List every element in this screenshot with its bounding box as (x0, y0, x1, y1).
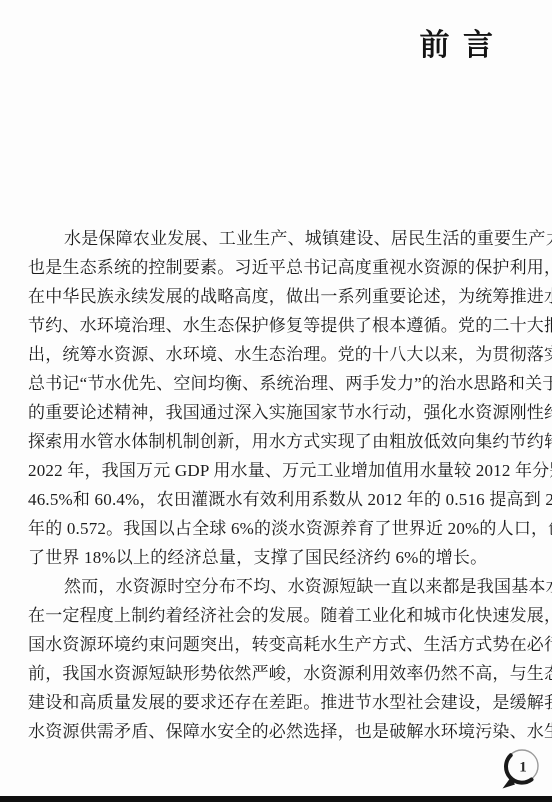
body-line: 46.5%和 60.4%，农田灌溉水有效利用系数从 2012 年的 0.516 … (28, 485, 518, 514)
body-line: 2022 年，我国万元 GDP 用水量、万元工业增加值用水量较 2012 年分别… (28, 456, 518, 485)
page-number-badge: 1 (496, 746, 546, 794)
body-line: 节约、水环境治理、水生态保护修复等提供了根本遵循。党的二十大报告指 (28, 311, 518, 340)
body-line: 也是生态系统的控制要素。习近平总书记高度重视水资源的保护利用，站 (28, 253, 518, 282)
document-page: 前 言 水是保障农业发展、工业生产、城镇建设、居民生活的重要生产力要素， 也是生… (0, 0, 552, 802)
body-line: 水是保障农业发展、工业生产、城镇建设、居民生活的重要生产力要素， (28, 224, 518, 253)
body-text: 水是保障农业发展、工业生产、城镇建设、居民生活的重要生产力要素， 也是生态系统的… (28, 224, 518, 746)
body-line: 年的 0.572。我国以占全球 6%的淡水资源养育了世界近 20%的人口，创造 (28, 514, 518, 543)
body-line: 总书记“节水优先、空间均衡、系统治理、两手发力”的治水思路和关于治水 (28, 369, 518, 398)
body-line: 探索用水管水体制机制创新，用水方式实现了由粗放低效向集约节约转变。 (28, 427, 518, 456)
body-line: 在中华民族永续发展的战略高度，做出一系列重要论述，为统筹推进水资源 (28, 282, 518, 311)
body-line: 出，统筹水资源、水环境、水生态治理。党的十八大以来，为贯彻落实习近平 (28, 340, 518, 369)
body-line: 国水资源环境约束问题突出，转变高耗水生产方式、生活方式势在必行。当 (28, 630, 518, 659)
page-number: 1 (519, 760, 527, 776)
body-line: 了世界 18%以上的经济总量，支撑了国民经济约 6%的增长。 (28, 543, 518, 572)
body-line: 水资源供需矛盾、保障水安全的必然选择，也是破解水环境污染、水生态损 (28, 717, 518, 746)
circle-leaf-icon: 1 (496, 746, 546, 794)
scan-edge-bar (0, 796, 552, 802)
body-line: 的重要论述精神，我国通过深入实施国家节水行动，强化水资源刚性约束， (28, 398, 518, 427)
body-line: 建设和高质量发展的要求还存在差距。推进节水型社会建设，是缓解我国 (28, 688, 518, 717)
body-line: 在一定程度上制约着经济社会的发展。随着工业化和城市化快速发展，我 (28, 601, 518, 630)
body-line: 前，我国水资源短缺形势依然严峻，水资源利用效率仍然不高，与生态文明 (28, 659, 518, 688)
body-line: 然而，水资源时空分布不均、水资源短缺一直以来都是我国基本水情， (28, 572, 518, 601)
page-title: 前 言 (420, 20, 497, 64)
